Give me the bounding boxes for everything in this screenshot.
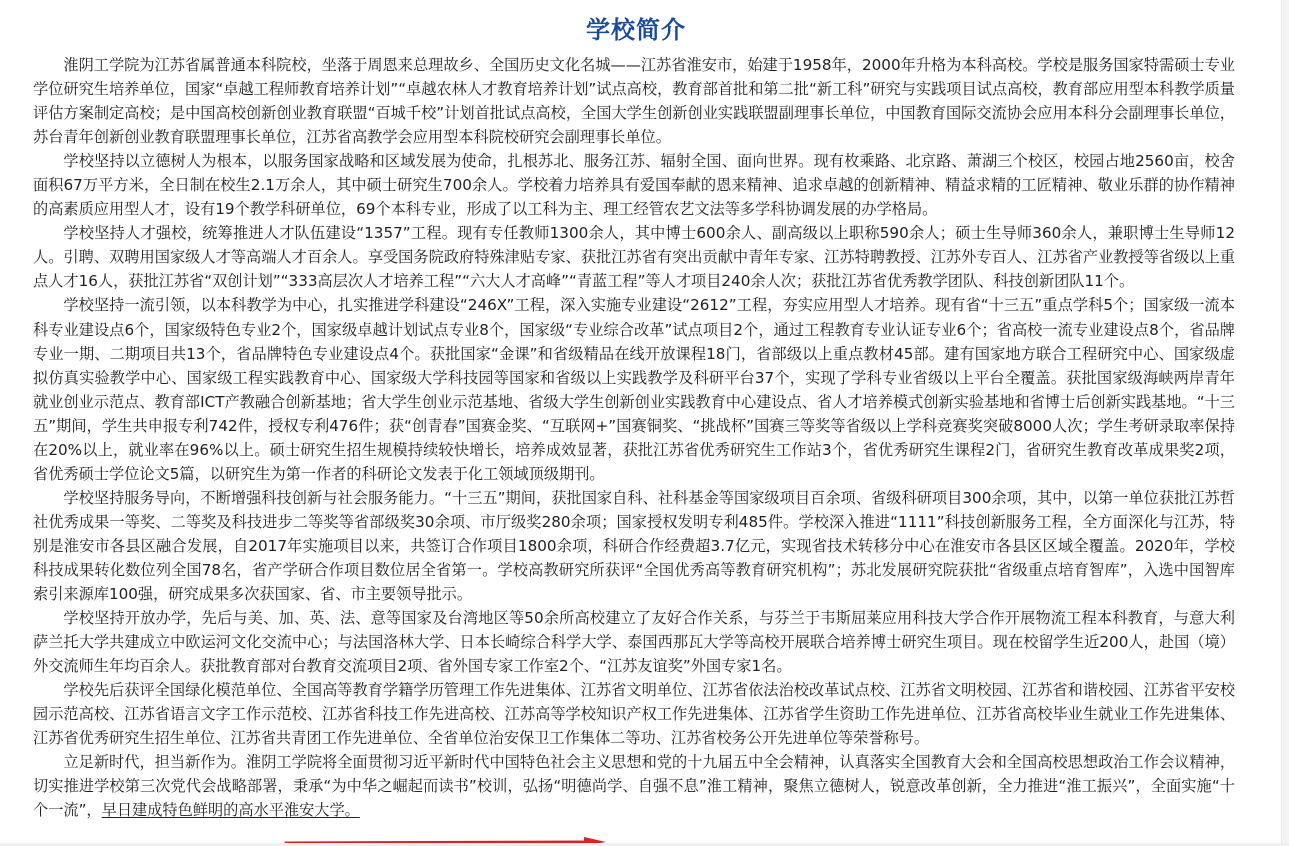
scrollbar-track[interactable] — [1281, 0, 1289, 846]
paragraph-vision: 立足新时代，担当新作为。淮阴工学院将全面贯彻习近平新时代中国特色社会主义思想和党… — [33, 750, 1235, 822]
page-title: 学校简介 — [0, 12, 1272, 48]
paragraph-campus: 学校坚持以立德树人为根本，以服务国家战略和区域发展为使命，扎根苏北、服务江苏、辐… — [33, 149, 1235, 221]
paragraph-intro: 淮阴工学院为江苏省属普通本科院校，坐落于周恩来总理故乡、全国历史文化名城——江苏… — [33, 53, 1235, 149]
paragraph-research: 学校坚持服务导向，不断增强科技创新与社会服务能力。“十三五”期间，获批国家自科、… — [33, 486, 1235, 606]
paragraph-teaching: 学校坚持一流引领，以本科教学为中心，扎实推进学科建设“246X”工程，深入实施专… — [33, 293, 1235, 485]
page: 学校简介 淮阴工学院为江苏省属普通本科院校，坐落于周恩来总理故乡、全国历史文化名… — [0, 0, 1282, 846]
paragraph-honors: 学校先后获评全国绿化模范单位、全国高等教育学籍学历管理工作先进集体、江苏省文明单… — [33, 678, 1235, 750]
paragraph-international: 学校坚持开放办学，先后与美、加、英、法、意等国家及台湾地区等50余所高校建立了友… — [33, 606, 1235, 678]
paragraph-talent: 学校坚持人才强校，统筹推进人才队伍建设“1357”工程。现有专任教师1300余人… — [33, 221, 1235, 293]
vision-goal-underlined: 早日建成特色鲜明的高水平淮安大学。 — [102, 801, 360, 819]
article-body: 淮阴工学院为江苏省属普通本科院校，坐落于周恩来总理故乡、全国历史文化名城——江苏… — [33, 53, 1235, 823]
